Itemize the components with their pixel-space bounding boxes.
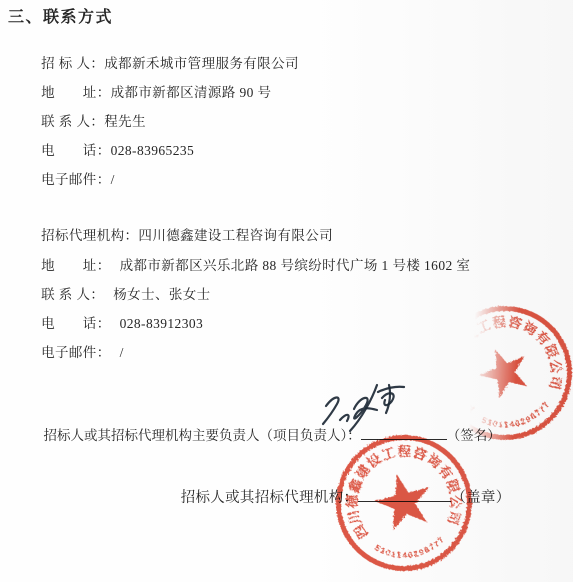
section-title: 三、联系方式	[8, 4, 113, 27]
company-seal-stamp-upper: 四川德鑫建设工程咨询有限公司 5101140298777	[430, 298, 573, 448]
field-value: 028-83965235	[111, 143, 195, 158]
field-value: /	[111, 172, 115, 187]
field-label: 电子邮件：	[41, 341, 111, 361]
handwritten-signature	[320, 382, 420, 434]
field-row-bidder-email: 电子邮件：/	[26, 152, 115, 204]
seal-number-text: 5101140298777	[478, 397, 555, 437]
field-value: /	[111, 345, 124, 360]
star-icon	[369, 467, 437, 533]
field-value: 028-83912303	[111, 316, 204, 331]
company-seal-stamp-lower: 四川德鑫建设工程咨询有限公司 5101140298777	[329, 428, 479, 578]
field-label: 电子邮件：	[41, 168, 111, 188]
document-page: 三、联系方式 招 标 人：成都新禾城市管理服务有限公司 地 址：成都市新都区清源…	[0, 0, 573, 582]
leader-signature-label: 招标人或其招标代理机构主要负责人（项目负责人）：	[44, 428, 361, 443]
star-icon	[472, 340, 536, 402]
field-row-agency-email: 电子邮件：/	[26, 325, 124, 377]
